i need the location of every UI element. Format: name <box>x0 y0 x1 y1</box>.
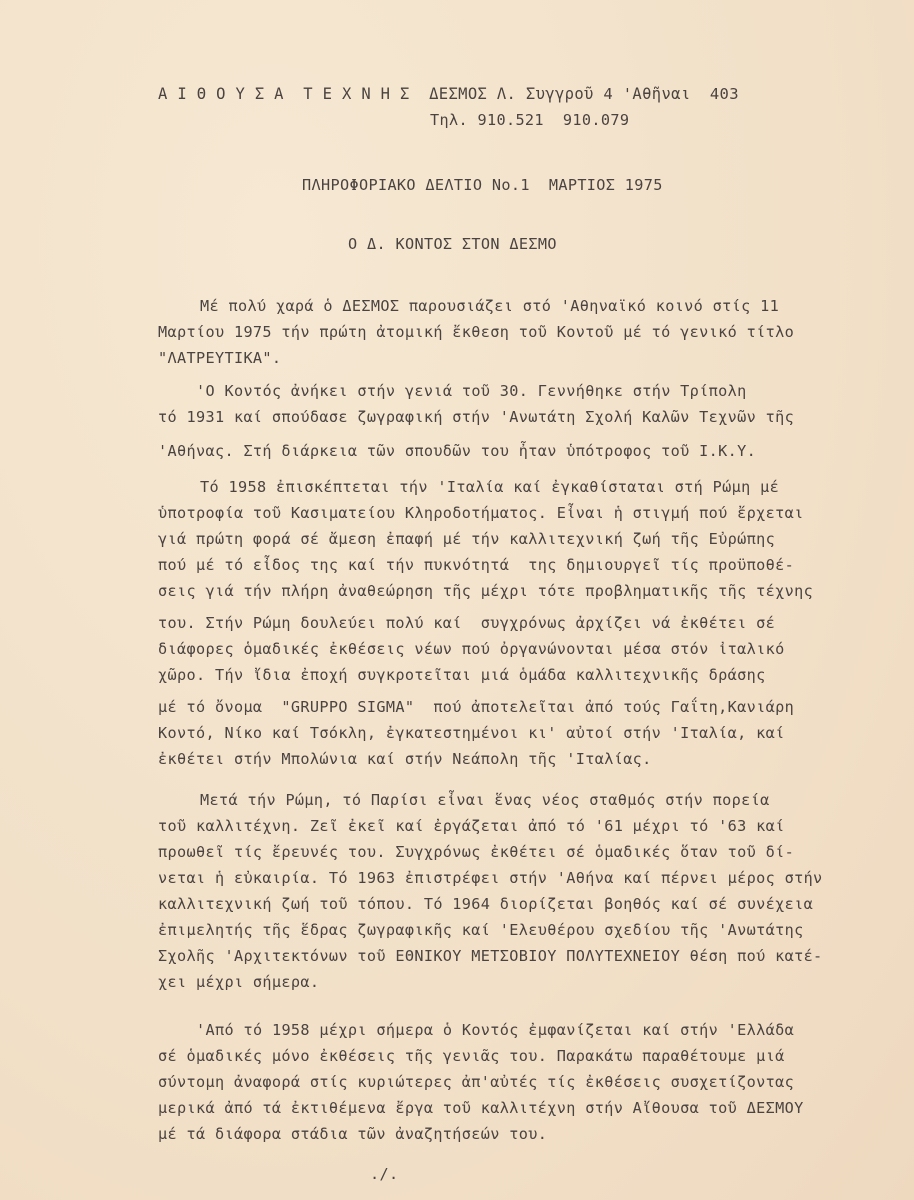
body-text-line: διάφορες ὁμαδικές ἐκθέσεις νέων πού ὀργα… <box>158 639 785 659</box>
body-text-line: σέ ὁμαδικές μόνο ἐκθέσεις τῆς γενιᾶς του… <box>158 1046 785 1066</box>
body-text-line: χει μέχρι σήμερα. <box>158 972 319 992</box>
body-text-line: Τό 1958 ἐπισκέπτεται τήν 'Ιταλία καί ἐγκ… <box>200 477 779 497</box>
body-text-line: ἐπιμελητής τῆς ἕδρας ζωγραφικῆς καί 'Ελε… <box>158 920 804 940</box>
body-text-line: νεται ἡ εὐκαιρία. Τό 1963 ἐπιστρέφει στή… <box>158 868 823 888</box>
continuation-mark: ./. <box>370 1164 398 1184</box>
body-text-line: σύντομη ἀναφορά στίς κυριώτερες ἀπ'αὐτές… <box>158 1072 794 1092</box>
article-title: Ο Δ. ΚΟΝΤΟΣ ΣΤΟΝ ΔΕΣΜΟ <box>348 234 557 254</box>
body-text-line: γιά πρώτη φορά σέ ἄμεση ἐπαφή μέ τήν καλ… <box>158 529 775 549</box>
body-text-line: χῶρο. Τήν ἴδια ἐποχή συγκροτεῖται μιά ὁμ… <box>158 665 766 685</box>
body-text-line: μέ τά διάφορα στάδια τῶν ἀναζητήσεών του… <box>158 1124 547 1144</box>
body-text-line: μέ τό ὄνομα "GRUPPO SIGMA" πού ἀποτελεῖτ… <box>158 697 794 717</box>
body-text-line: ὑποτροφία τοῦ Κασιματείου Κληροδοτήματος… <box>158 503 804 523</box>
body-text-line: ἐκθέτει στήν Μπολώνια καί στήν Νεάπολη τ… <box>158 749 652 769</box>
body-text-line: Κοντό, Νίκο καί Τσόκλη, ἐγκατεστημένοι κ… <box>158 723 785 743</box>
letterhead-phone: Τηλ. 910.521 910.079 <box>430 110 629 130</box>
body-text-line: πού μέ τό εἶδος της καί τήν πυκνότητά τη… <box>158 555 794 575</box>
bulletin-heading: ΠΛΗΡΟΦΟΡΙΑΚΟ ΔΕΛΤΙΟ No.1 ΜΑΡΤΙΟΣ 1975 <box>302 175 663 195</box>
body-text-line: 'Από τό 1958 μέχρι σήμερα ὁ Κοντός ἐμφαν… <box>196 1020 794 1040</box>
body-text-line: του. Στήν Ρώμη δουλεύει πολύ καί συγχρόν… <box>158 613 775 633</box>
body-text-line: Μέ πολύ χαρά ὁ ΔΕΣΜΟΣ παρουσιάζει στό 'Α… <box>200 296 779 316</box>
typewritten-letter-page: Α Ι Θ Ο Υ Σ Α Τ Ε Χ Ν Η Σ ΔΕΣΜΟΣ Λ. Συγγ… <box>0 0 914 1200</box>
body-text-line: "ΛΑΤΡΕΥΤΙΚΑ". <box>158 348 281 368</box>
body-text-line: προωθεῖ τίς ἔρευνές του. Συγχρόνως ἐκθέτ… <box>158 842 794 862</box>
body-text-line: τό 1931 καί σπούδασε ζωγραφική στήν 'Ανω… <box>158 407 794 427</box>
letterhead-address: Α Ι Θ Ο Υ Σ Α Τ Ε Χ Ν Η Σ ΔΕΣΜΟΣ Λ. Συγγ… <box>158 84 739 104</box>
body-text-line: Μαρτίου 1975 τήν πρώτη ἀτομική ἔκθεση το… <box>158 322 794 342</box>
body-text-line: σεις γιά τήν πλήρη ἀναθεώρηση τῆς μέχρι … <box>158 581 813 601</box>
body-text-line: καλλιτεχνική ζωή τοῦ τόπου. Τό 1964 διορ… <box>158 894 813 914</box>
body-text-line: Μετά τήν Ρώμη, τό Παρίσι εἶναι ἕνας νέος… <box>200 790 770 810</box>
body-text-line: 'Ο Κοντός ἀνήκει στήν γενιά τοῦ 30. Γενν… <box>196 381 747 401</box>
body-text-line: 'Αθήνας. Στή διάρκεια τῶν σπουδῶν του ἦτ… <box>158 441 756 461</box>
body-text-line: μερικά ἀπό τά ἐκτιθέμενα ἔργα τοῦ καλλιτ… <box>158 1098 804 1118</box>
body-text-line: Σχολῆς 'Αρχιτεκτόνων τοῦ ΕΘΝΙΚΟΥ ΜΕΤΣΟΒΙ… <box>158 946 823 966</box>
body-text-line: τοῦ καλλιτέχνη. Ζεῖ ἐκεῖ καί ἐργάζεται ἀ… <box>158 816 785 836</box>
